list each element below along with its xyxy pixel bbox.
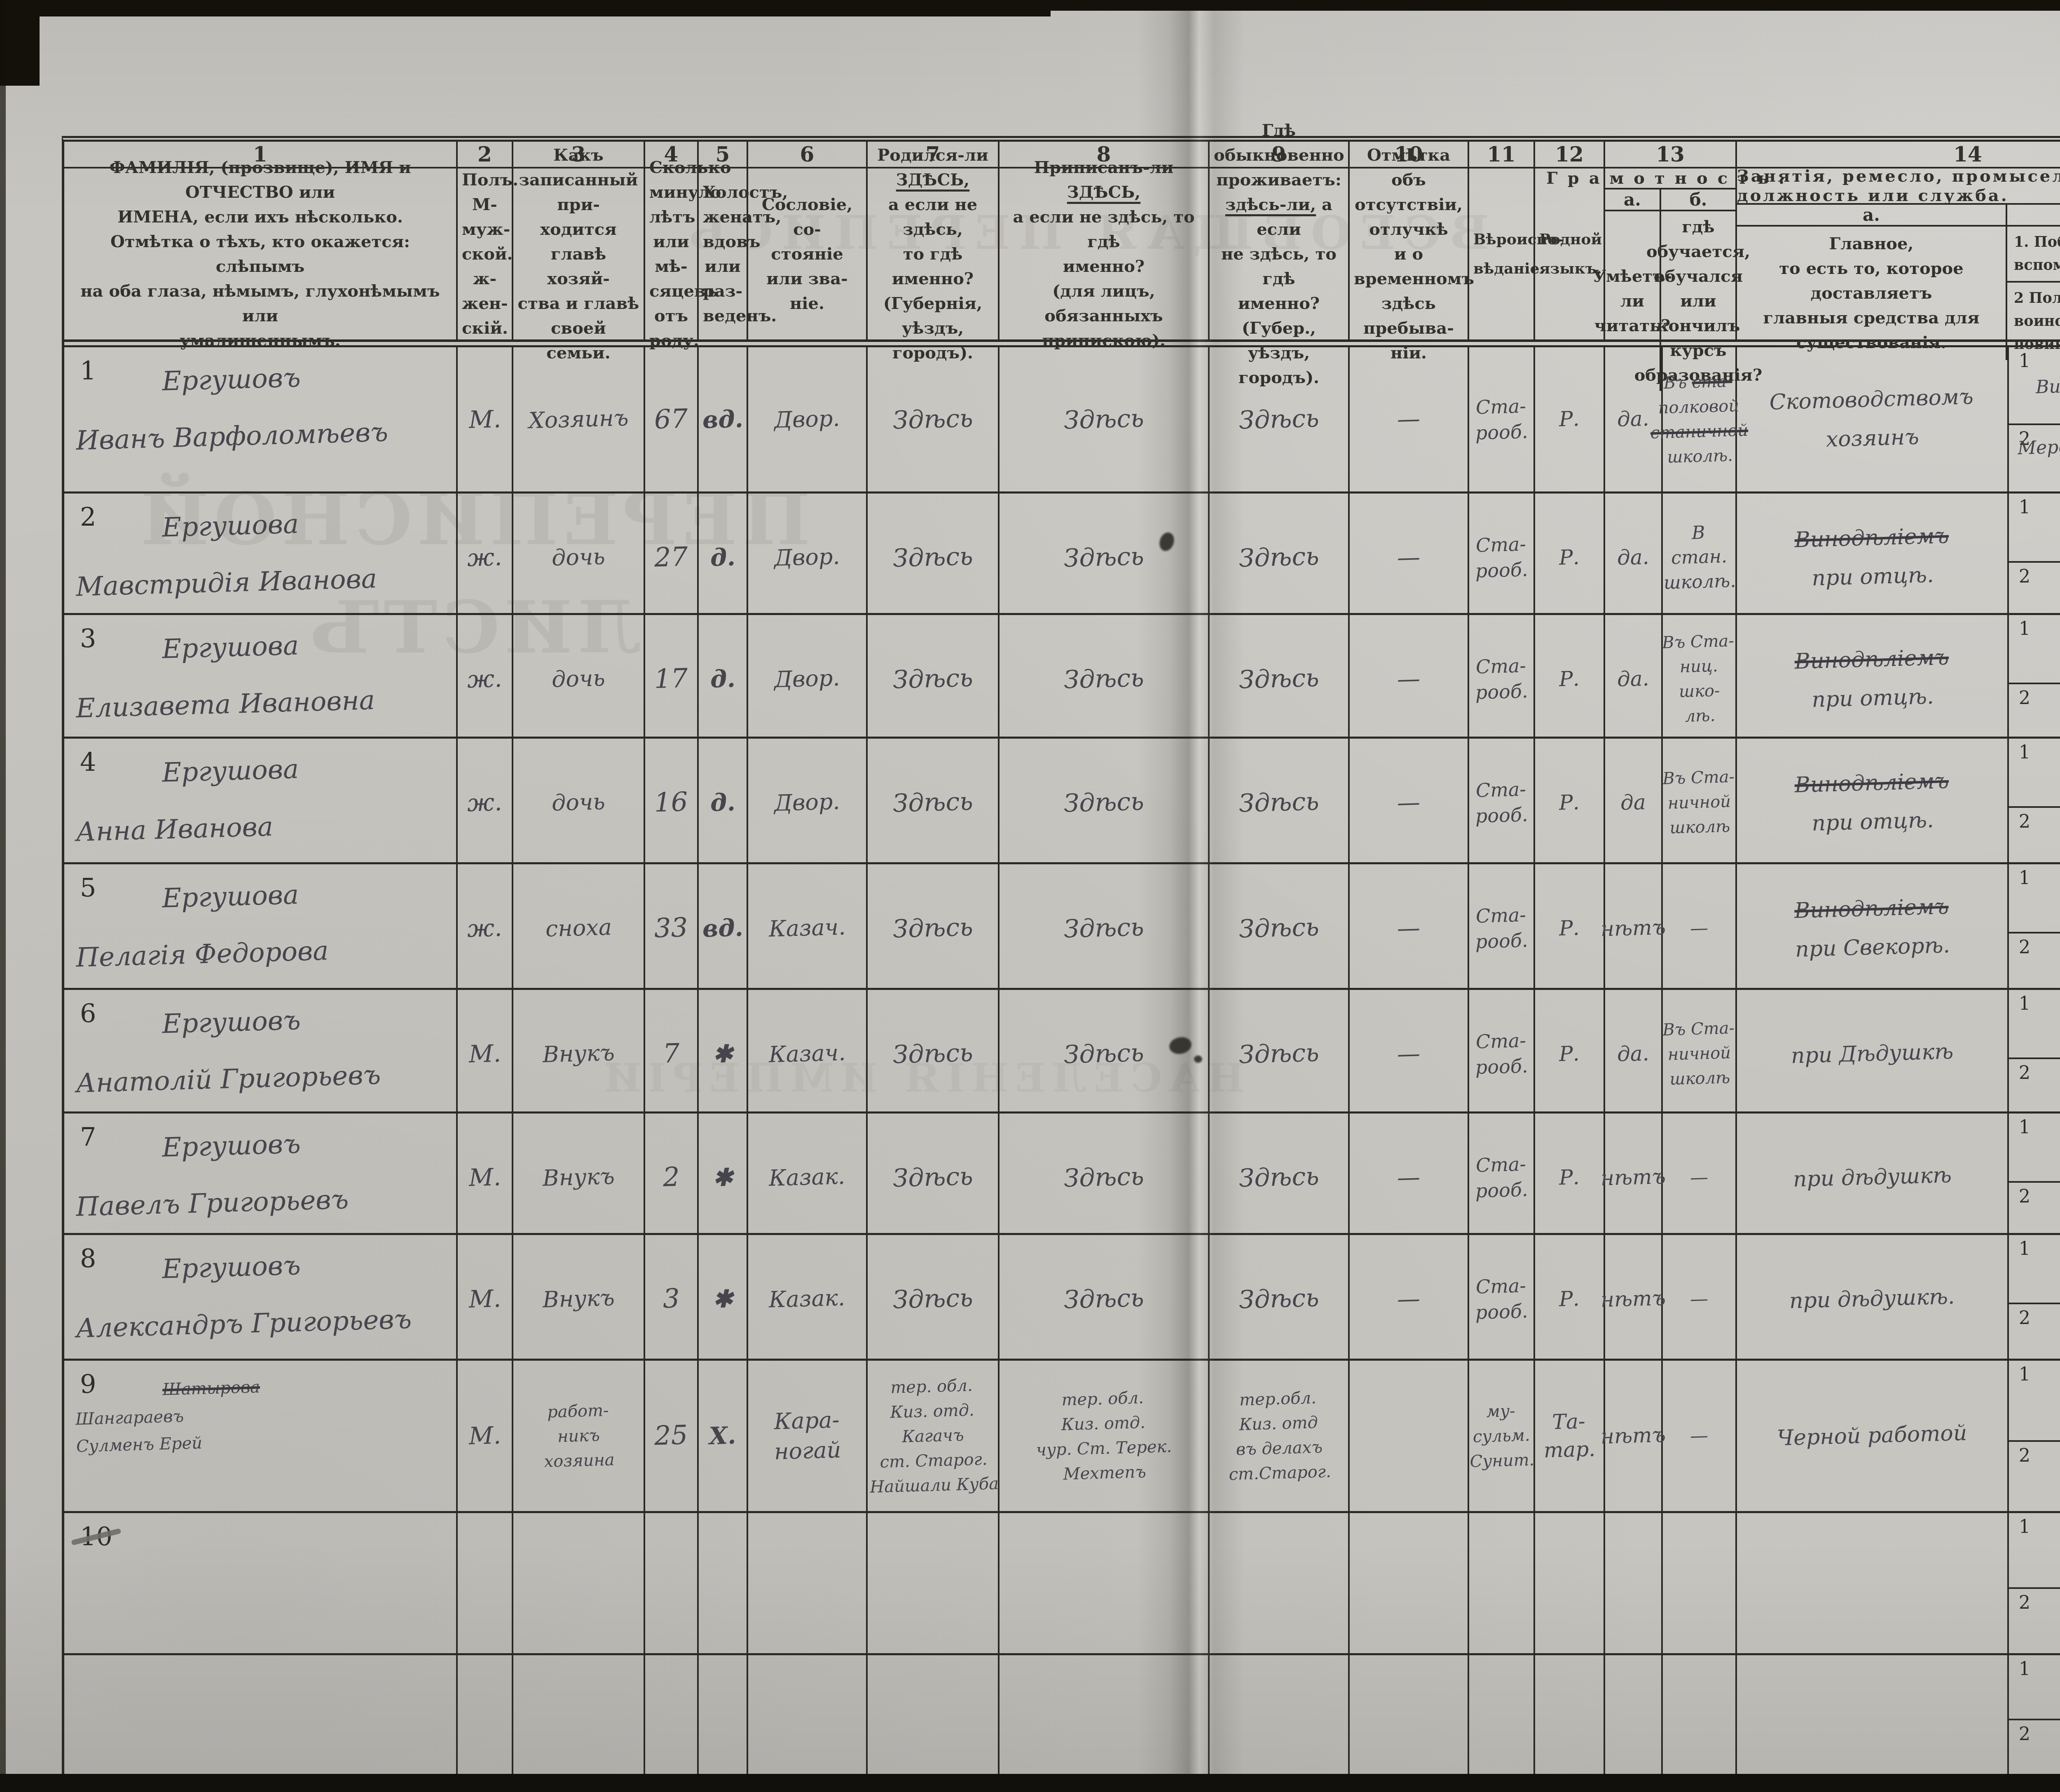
cell-relation-to-head: работ-никъхозяина <box>513 1361 645 1511</box>
cell-residence: тер.обл.Киз. отдвъ делахъст.Старог. <box>1210 1361 1350 1511</box>
torn-corner-blotch <box>0 0 40 86</box>
table-row: 5 ЕргушоваПелагія Федорова ж. сноха 33 в… <box>64 864 2060 990</box>
side-occupation-sub1: 1 — <box>2009 1114 2060 1181</box>
cell-native-language: Р. <box>1535 1235 1605 1363</box>
scanned-census-page: ВСЕОБЩАЯ ПЕРЕПИСЬ ПЕРЕПИСНОЙЛИСТЪ НАСЕЛЕ… <box>0 0 2060 1792</box>
cell-estate: Казак. <box>748 1114 868 1242</box>
header-birthplace-column: Родился-ли ЗДѢСЬ,а если не здѣсь,то гдѣ … <box>868 168 1000 339</box>
cell-literacy: нѣтъ <box>1605 1114 1663 1242</box>
cell-age: 17 <box>645 615 699 743</box>
side-occupation-sub2: 2 Мерох. от. Ваіен. Стар. <box>2009 423 2060 491</box>
cell-religion: му-сульм.Сунит. <box>1469 1361 1535 1511</box>
cell-registration <box>1000 1513 1210 1653</box>
cell-registration: Здѣсь <box>1000 494 1210 622</box>
header-relation-column: Какъ записанный при-ходится главѣ хозяй-… <box>513 168 645 339</box>
sub-label-1: 1 <box>2019 993 2030 1014</box>
sub-label-1: 1 <box>2019 1117 2030 1138</box>
side-occupation-sub2: 2 <box>2009 1440 2060 1511</box>
header-marital-column: Холостъ,женатъ,вдовъили раз-веденъ. <box>699 168 748 339</box>
cell-surname-name: 8 ЕргушовъАлександръ Григорьевъ <box>64 1235 458 1363</box>
cell-birthplace: тер. обл.Киз. отд.Кагачъст. Старог.Найша… <box>868 1361 1000 1511</box>
torn-edge-top-left <box>0 0 1051 16</box>
cell-native-language: Р. <box>1535 990 1605 1118</box>
cell-relation-to-head: дочь <box>513 739 645 867</box>
cell-marital-status: ✱ <box>699 1114 748 1242</box>
side-occupation-sub1: 1 <box>2009 1655 2060 1719</box>
cell-residence: Здѣсь <box>1210 864 1350 992</box>
literacy-title: Грамотность. <box>1605 168 1735 189</box>
cell-literacy <box>1605 1655 1663 1776</box>
cell-age: 27 <box>645 494 699 622</box>
cell-residence: Здѣсь <box>1210 990 1350 1118</box>
header-registration-column: Приписанъ-ли ЗДѢСЬ,а если не здѣсь, то г… <box>1000 168 1210 339</box>
sub-label-2: 2 <box>2019 1186 2030 1207</box>
cell-birthplace: Здѣсь <box>868 494 1000 622</box>
side-occupation-sub2: 2 — <box>2009 683 2060 743</box>
cell-relation-to-head: Внукъ <box>513 1114 645 1242</box>
cell-religion: Ста-рооб. <box>1469 1114 1535 1242</box>
sub-label-2: 2 <box>2019 1724 2030 1745</box>
cell-birthplace: Здѣсь <box>868 615 1000 743</box>
cell-age <box>645 1513 699 1653</box>
cell-absence-note <box>1350 1513 1469 1653</box>
cell-occupation-main: Винодѣліемъпри Свекорѣ. <box>1737 864 2009 992</box>
cell-age: 67 <box>645 347 699 491</box>
cell-relation-to-head: Внукъ <box>513 1235 645 1363</box>
cell-native-language <box>1535 1655 1605 1776</box>
cell-registration: Здѣсь <box>1000 1114 1210 1242</box>
sub-label-2: 2 <box>2019 811 2030 832</box>
cell-occupation-side: 1 — 2 — <box>2009 615 2060 743</box>
cell-surname-name: 7 ЕргушовъПавелъ Григорьевъ <box>64 1114 458 1242</box>
cell-absence-note: — <box>1350 864 1469 992</box>
side-occupation-sub1: 1 <box>2009 1361 2060 1440</box>
cell-estate: Казак. <box>748 1235 868 1363</box>
cell-occupation-main: Черной работой <box>1737 1361 2009 1511</box>
cell-estate: Казач. <box>748 864 868 992</box>
cell-relation-to-head: сноха <box>513 864 645 992</box>
side-occupation-sub2: 2 <box>2009 1719 2060 1776</box>
side-occupation-sub1: 1 — <box>2009 615 2060 683</box>
cell-registration: Здѣсь <box>1000 615 1210 743</box>
cell-native-language: Р. <box>1535 347 1605 491</box>
cell-estate: Двор. <box>748 615 868 743</box>
header-name-column: ФАМИЛІЯ, (прозвище), ИМЯ и ОТЧЕСТВО илиИ… <box>64 168 458 339</box>
cell-education: — <box>1663 1361 1737 1511</box>
cell-marital-status <box>699 1513 748 1653</box>
cell-literacy: да. <box>1605 494 1663 622</box>
cell-sex: ж. <box>458 494 513 622</box>
header-literacy-group: Грамотность. а. б. Умѣетъ-личитать? гдѣ … <box>1605 168 1737 339</box>
cell-absence-note: — <box>1350 1235 1469 1363</box>
cell-occupation-main: Винодѣліемъпри отцѣ. <box>1737 615 2009 743</box>
sub-label-2: 2 <box>2019 937 2030 958</box>
column-number-11: 11 <box>1469 142 1535 168</box>
cell-education: В стан.школѣ. <box>1663 494 1737 622</box>
cell-age: 16 <box>645 739 699 867</box>
column-number-14: 14 <box>1737 142 2060 168</box>
side-occupation-sub2: 2 — <box>2009 1057 2060 1118</box>
cell-age: 25 <box>645 1361 699 1511</box>
cell-estate: Двор. <box>748 347 868 491</box>
cell-estate: Двор. <box>748 739 868 867</box>
cell-surname-name: 10 <box>64 1513 458 1653</box>
cell-absence-note: — <box>1350 990 1469 1118</box>
cell-native-language <box>1535 1513 1605 1653</box>
cell-occupation-main: Винодѣліемъпри отцѣ. <box>1737 494 2009 622</box>
table-row: 10 1 2 <box>64 1513 2060 1655</box>
cell-literacy: нѣтъ <box>1605 1235 1663 1363</box>
cell-religion: Ста-рооб. <box>1469 864 1535 992</box>
cell-native-language: Р. <box>1535 615 1605 743</box>
cell-absence-note <box>1350 1361 1469 1511</box>
occupation-sub-a-label: а. <box>1737 205 2007 225</box>
cell-occupation-side: 1 Винодѣліемъ. 2 Мерох. от. Ваіен. Стар. <box>2009 347 2060 491</box>
cell-occupation-side: 1 — 2 — <box>2009 1114 2060 1242</box>
cell-literacy: да <box>1605 739 1663 867</box>
sub-label-2: 2 <box>2019 688 2030 709</box>
cell-religion: Ста-рооб. <box>1469 990 1535 1118</box>
cell-surname-name: 4 ЕргушоваАнна Иванова <box>64 739 458 867</box>
cell-birthplace: Здѣсь <box>868 347 1000 491</box>
column-number-6: 6 <box>748 142 868 168</box>
cell-relation-to-head: дочь <box>513 494 645 622</box>
cell-absence-note: — <box>1350 347 1469 491</box>
cell-education: Въ Ста-ниц. шко-лѣ. <box>1663 615 1737 743</box>
cell-native-language: Р. <box>1535 739 1605 867</box>
cell-relation-to-head <box>513 1513 645 1653</box>
header-residence-column: Гдѣ обыкновеннопроживаетъ:здѣсь-ли, а ес… <box>1210 168 1350 339</box>
header-religion-column: Вѣроиспо-вѣданіе. <box>1469 168 1535 339</box>
cell-birthplace: Здѣсь <box>868 1114 1000 1242</box>
cell-literacy: да. <box>1605 615 1663 743</box>
cell-residence: Здѣсь <box>1210 347 1350 491</box>
cell-native-language: Р. <box>1535 864 1605 992</box>
cell-occupation-main <box>1737 1513 2009 1653</box>
cell-religion <box>1469 1655 1535 1776</box>
cell-sex: ж. <box>458 739 513 867</box>
cell-marital-status: д. <box>699 494 748 622</box>
sub-label-1: 1 <box>2019 351 2030 372</box>
table-row: 4 ЕргушоваАнна Иванова ж. дочь 16 д. Дво… <box>64 739 2060 864</box>
side-occupation-sub1: 1 <box>2009 1513 2060 1587</box>
cell-surname-name: 2 ЕргушоваМавстридія Иванова <box>64 494 458 622</box>
cell-registration: Здѣсь <box>1000 347 1210 491</box>
cell-absence-note: — <box>1350 1114 1469 1242</box>
table-row: 1 ЕргушовъИванъ Варфоломѣевъ М. Хозяинъ … <box>64 347 2060 494</box>
side-occupation-sub2: 2 — <box>2009 1303 2060 1363</box>
cell-marital-status <box>699 1655 748 1776</box>
cell-religion: Ста-рооб. <box>1469 494 1535 622</box>
side-occupation-sub1: 1 — <box>2009 864 2060 932</box>
cell-registration: Здѣсь <box>1000 1235 1210 1363</box>
cell-age <box>645 1655 699 1776</box>
table-header: 1 2 3 4 5 6 7 8 9 10 11 12 13 14 ФАМИЛІЯ… <box>64 142 2060 342</box>
cell-estate <box>748 1655 868 1776</box>
cell-surname-name: 9 ШатыроваШангараевъСулменъ Ерей <box>64 1361 458 1511</box>
cell-absence-note: — <box>1350 739 1469 867</box>
cell-relation-to-head: Внукъ <box>513 990 645 1118</box>
table-body: 1 ЕргушовъИванъ Варфоломѣевъ М. Хозяинъ … <box>64 345 2060 1776</box>
cell-birthplace: Здѣсь <box>868 864 1000 992</box>
sub-label-1: 1 <box>2019 1516 2030 1537</box>
cell-marital-status: д. <box>699 739 748 867</box>
cell-surname-name: 3 ЕргушоваЕлизавета Ивановна <box>64 615 458 743</box>
occupation-sub-b-label: б. <box>2007 205 2060 225</box>
header-sex-column: Полъ.М-муж-ской.ж-жен-скій. <box>458 168 513 339</box>
cell-registration: тер. обл.Киз. отд.чур. Ст. Терек.Мехтепъ <box>1000 1361 1210 1511</box>
cell-marital-status: Х. <box>699 1361 748 1511</box>
occupation-title: Занятія, ремесло, промыселъ, должность и… <box>1737 168 2060 205</box>
cell-age: 3 <box>645 1235 699 1363</box>
cell-birthplace: Здѣсь <box>868 739 1000 867</box>
cell-surname-name <box>64 1655 458 1776</box>
sub-label-2: 2 <box>2019 1062 2030 1083</box>
cell-marital-status: ✱ <box>699 1235 748 1363</box>
sub-label-2: 2 <box>2019 566 2030 587</box>
sub-label-1: 1 <box>2019 1238 2030 1259</box>
row-number: 10 <box>80 1521 112 1551</box>
cell-estate: Двор. <box>748 494 868 622</box>
side-occupation-sub1: 1 — <box>2009 494 2060 561</box>
cell-occupation-side: 1 — 2 — <box>2009 739 2060 867</box>
cell-estate: Казач. <box>748 990 868 1118</box>
side-occupation-sub2: 2 — <box>2009 806 2060 867</box>
side-occupation-sub1: 1 — <box>2009 990 2060 1057</box>
cell-sex: М. <box>458 1114 513 1242</box>
cell-education: Въ ста-полковойстаничнойшколѣ. <box>1663 347 1737 491</box>
cell-absence-note: — <box>1350 494 1469 622</box>
cell-occupation-main <box>1737 1655 2009 1776</box>
cell-occupation-main: при дѣдушкѣ <box>1737 1114 2009 1242</box>
binding-edge-left <box>0 0 6 1792</box>
table-row: 1 2 <box>64 1655 2060 1776</box>
column-number-2: 2 <box>458 142 513 168</box>
cell-sex: М. <box>458 990 513 1118</box>
table-row: 3 ЕргушоваЕлизавета Ивановна ж. дочь 17 … <box>64 615 2060 739</box>
sub-label-1: 1 <box>2019 742 2030 763</box>
sub-label-1: 1 <box>2019 1659 2030 1680</box>
cell-sex: М. <box>458 347 513 491</box>
cell-residence: Здѣсь <box>1210 615 1350 743</box>
cell-relation-to-head: Хозяинъ <box>513 347 645 491</box>
cell-residence: Здѣсь <box>1210 739 1350 867</box>
cell-age: 2 <box>645 1114 699 1242</box>
cell-literacy: да. <box>1605 990 1663 1118</box>
cell-birthplace: Здѣсь <box>868 990 1000 1118</box>
side-occupation-sub2: 2 — <box>2009 1181 2060 1242</box>
sub-label-2: 2 <box>2019 1445 2030 1466</box>
side-occupation-sub1: 1 — <box>2009 1235 2060 1303</box>
cell-registration: Здѣсь <box>1000 864 1210 992</box>
literacy-sub-a-label: а. <box>1605 189 1661 210</box>
header-absence-column: Отмѣтка объотсутствіи, отлучкѣи о времен… <box>1350 168 1469 339</box>
cell-sex: М. <box>458 1361 513 1511</box>
cell-absence-note: — <box>1350 615 1469 743</box>
cell-education: — <box>1663 1235 1737 1363</box>
side-occupation-sub2: 2 — <box>2009 561 2060 622</box>
cell-registration <box>1000 1655 1210 1776</box>
cell-occupation-main: Скотоводствомъхозяинъ <box>1737 347 2009 491</box>
column-number-13: 13 <box>1605 142 1737 168</box>
cell-religion: Ста-рооб. <box>1469 739 1535 867</box>
cell-marital-status: вд. <box>699 347 748 491</box>
sub-label-1: 1 <box>2019 1364 2030 1385</box>
cell-education <box>1663 1655 1737 1776</box>
cell-religion: Ста-рооб. <box>1469 347 1535 491</box>
cell-native-language: Р. <box>1535 494 1605 622</box>
cell-sex: ж. <box>458 864 513 992</box>
census-table: 1 2 3 4 5 6 7 8 9 10 11 12 13 14 ФАМИЛІЯ… <box>62 136 2060 1776</box>
cell-literacy: нѣтъ <box>1605 864 1663 992</box>
occupation-side-desc: 1. Побочное или вспомогательное. 2 Полож… <box>2007 227 2060 360</box>
cell-registration: Здѣсь <box>1000 739 1210 867</box>
cell-residence: Здѣсь <box>1210 494 1350 622</box>
table-row: 8 ЕргушовъАлександръ Григорьевъ М. Внукъ… <box>64 1235 2060 1361</box>
cell-marital-status: д. <box>699 615 748 743</box>
side-occupation-sub1: 1 Винодѣліемъ. <box>2009 347 2060 423</box>
cell-sex: М. <box>458 1235 513 1363</box>
cell-occupation-side: 1 2 <box>2009 1361 2060 1511</box>
cell-occupation-side: 1 — 2 — <box>2009 1235 2060 1363</box>
cell-marital-status: вд. <box>699 864 748 992</box>
cell-marital-status: ✱ <box>699 990 748 1118</box>
occupation-main-desc: Главное,то есть то, которое доставляетъг… <box>1737 227 2007 360</box>
cell-occupation-side: 1 2 <box>2009 1655 2060 1776</box>
sub-label-1: 1 <box>2019 497 2030 518</box>
cell-education: Въ Ста-ничнойшколѣ <box>1663 990 1737 1118</box>
side-occupation-sub2: 2 — <box>2009 932 2060 992</box>
table-row: 2 ЕргушоваМавстридія Иванова ж. дочь 27 … <box>64 494 2060 615</box>
cell-age: 33 <box>645 864 699 992</box>
cell-education: — <box>1663 1114 1737 1242</box>
sub-label-1: 1 <box>2019 868 2030 889</box>
cell-birthplace <box>868 1655 1000 1776</box>
cell-literacy <box>1605 1513 1663 1653</box>
literacy-sub-b-label: б. <box>1661 189 1735 210</box>
header-estate-column: Сословіе, со-стояніе или зва-ніе. <box>748 168 868 339</box>
cell-surname-name: 1 ЕргушовъИванъ Варфоломѣевъ <box>64 347 458 491</box>
header-occupation-group: Занятія, ремесло, промыселъ, должность и… <box>1737 168 2060 339</box>
ink-blot <box>1194 1055 1202 1063</box>
cell-education <box>1663 1513 1737 1653</box>
cell-relation-to-head: дочь <box>513 615 645 743</box>
cell-native-language: Р. <box>1535 1114 1605 1242</box>
cell-residence <box>1210 1513 1350 1653</box>
cell-surname-name: 6 ЕргушовъАнатолій Григорьевъ <box>64 990 458 1118</box>
sub-label-2: 2 <box>2019 1308 2030 1329</box>
header-age-column: Сколькоминулолѣтъили мѣ-сяцевъотъ роду. <box>645 168 699 339</box>
cell-religion: Ста-рооб. <box>1469 615 1535 743</box>
cell-estate: Кара-ногай <box>748 1361 868 1511</box>
cell-residence: Здѣсь <box>1210 1235 1350 1363</box>
cell-occupation-main: при Дѣдушкѣ <box>1737 990 2009 1118</box>
sub-label-1: 1 <box>2019 618 2030 639</box>
side-occupation-sub1: 1 — <box>2009 739 2060 806</box>
table-row: 6 ЕргушовъАнатолій Григорьевъ М. Внукъ 7… <box>64 990 2060 1114</box>
sub-label-2: 2 <box>2019 1592 2030 1613</box>
occupation-side-1: 1. Побочное или вспомогательное. <box>2007 227 2060 281</box>
cell-occupation-side: 1 — 2 — <box>2009 864 2060 992</box>
cell-sex <box>458 1513 513 1653</box>
cell-religion <box>1469 1513 1535 1653</box>
cell-occupation-main: при дѣдушкѣ. <box>1737 1235 2009 1363</box>
cell-relation-to-head <box>513 1655 645 1776</box>
cell-occupation-side: 1 2 <box>2009 1513 2060 1653</box>
cell-birthplace <box>868 1513 1000 1653</box>
cell-occupation-main: Винодѣліемъпри отцѣ. <box>1737 739 2009 867</box>
cell-estate <box>748 1513 868 1653</box>
cell-residence: Здѣсь <box>1210 1114 1350 1242</box>
cell-native-language: Та-тар. <box>1535 1361 1605 1511</box>
table-row: 7 ЕргушовъПавелъ Григорьевъ М. Внукъ 2 ✱… <box>64 1114 2060 1235</box>
cell-surname-name: 5 ЕргушоваПелагія Федорова <box>64 864 458 992</box>
column-number-12: 12 <box>1535 142 1605 168</box>
cell-occupation-side: 1 — 2 — <box>2009 990 2060 1118</box>
torn-edge-bottom <box>0 1774 2060 1792</box>
side-occupation-sub2: 2 <box>2009 1587 2060 1653</box>
cell-absence-note <box>1350 1655 1469 1776</box>
cell-sex <box>458 1655 513 1776</box>
cell-literacy: нѣтъ <box>1605 1361 1663 1511</box>
cell-religion: Ста-рооб. <box>1469 1235 1535 1363</box>
cell-education: — <box>1663 864 1737 992</box>
cell-occupation-side: 1 — 2 — <box>2009 494 2060 622</box>
cell-birthplace: Здѣсь <box>868 1235 1000 1363</box>
cell-age: 7 <box>645 990 699 1118</box>
cell-education: Въ Ста-ничнойшколѣ <box>1663 739 1737 867</box>
cell-residence <box>1210 1655 1350 1776</box>
cell-sex: ж. <box>458 615 513 743</box>
table-row: 9 ШатыроваШангараевъСулменъ Ерей М. рабо… <box>64 1361 2060 1513</box>
